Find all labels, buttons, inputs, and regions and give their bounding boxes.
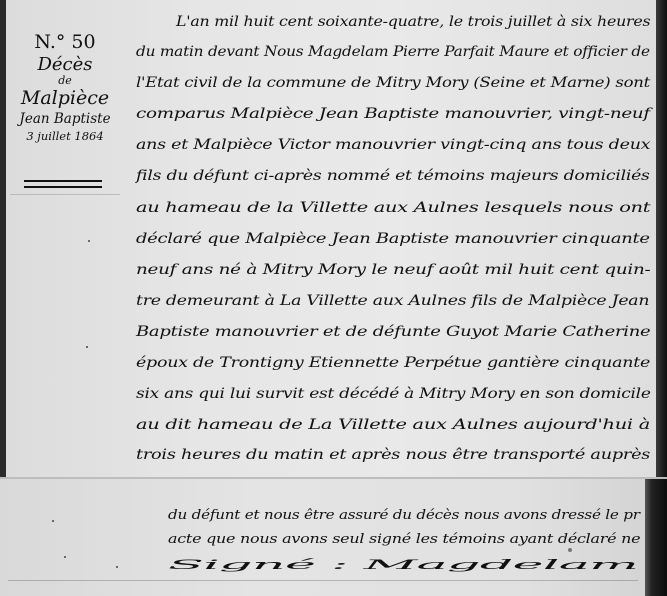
body-line-12: époux de Trontigny Etiennette Perpétue g… [136, 355, 650, 371]
deceased-given-names: Jean Baptiste [10, 110, 120, 128]
body-line-10: tre demeurant à La Villette aux Aulnes f… [136, 293, 649, 309]
lower-right-shadow [645, 478, 667, 596]
paper-speck [116, 566, 118, 568]
body-line-13: six ans qui lui survit est décédé à Mitr… [136, 386, 651, 402]
paper-speck [88, 240, 90, 242]
paper-speck [86, 346, 88, 348]
ruled-line [10, 194, 120, 195]
right-page-edge [656, 0, 667, 478]
margin-double-underline [24, 186, 102, 188]
continuation-line-1: du défunt et nous être assuré du décès n… [168, 508, 640, 523]
particle: de [10, 76, 120, 86]
body-line-15: trois heures du matin et après nous être… [136, 447, 650, 463]
continuation-line-2: acte que nous avons seul signé les témoi… [168, 532, 640, 547]
body-line-6: fils du défunt ci-après nommé et témoins… [136, 168, 650, 184]
record-date: 3 juillet 1864 [10, 128, 120, 144]
body-line-4: comparus Malpièce Jean Baptiste manouvri… [136, 106, 650, 122]
ruled-line [8, 580, 638, 581]
paper-speck [52, 520, 54, 522]
paper-speck [64, 556, 66, 558]
margin-double-underline [24, 180, 102, 182]
paper-speck [568, 548, 572, 552]
sheet-seam [0, 477, 667, 479]
body-line-5: ans et Malpièce Victor manouvrier vingt-… [136, 137, 650, 153]
body-line-2: du matin devant Nous Magdelam Pierre Par… [136, 44, 650, 60]
entry-number: N.° 50 [10, 30, 120, 54]
left-binding-edge [0, 0, 6, 478]
body-line-11: Baptiste manouvrier et de défunte Guyot … [136, 324, 650, 340]
scanned-register-page: N.° 50 Décès de Malpièce Jean Baptiste 3… [0, 0, 667, 596]
body-line-1: L'an mil huit cent soixante-quatre, le t… [176, 14, 650, 30]
margin-note: N.° 50 Décès de Malpièce Jean Baptiste 3… [10, 30, 120, 144]
body-line-14: au dit hameau de La Villette aux Aulnes … [136, 417, 650, 433]
deceased-surname: Malpièce [10, 86, 120, 110]
record-type: Décès [10, 54, 120, 76]
body-line-7: au hameau de la Villette aux Aulnes lesq… [136, 200, 650, 216]
body-line-3: l'Etat civil de la commune de Mitry Mory… [136, 75, 650, 91]
signature-line: Signé : Magdelam [168, 558, 638, 573]
body-line-9: neuf ans né à Mitry Mory le neuf août mi… [136, 262, 650, 278]
body-line-8: déclaré que Malpièce Jean Baptiste manou… [136, 231, 650, 247]
